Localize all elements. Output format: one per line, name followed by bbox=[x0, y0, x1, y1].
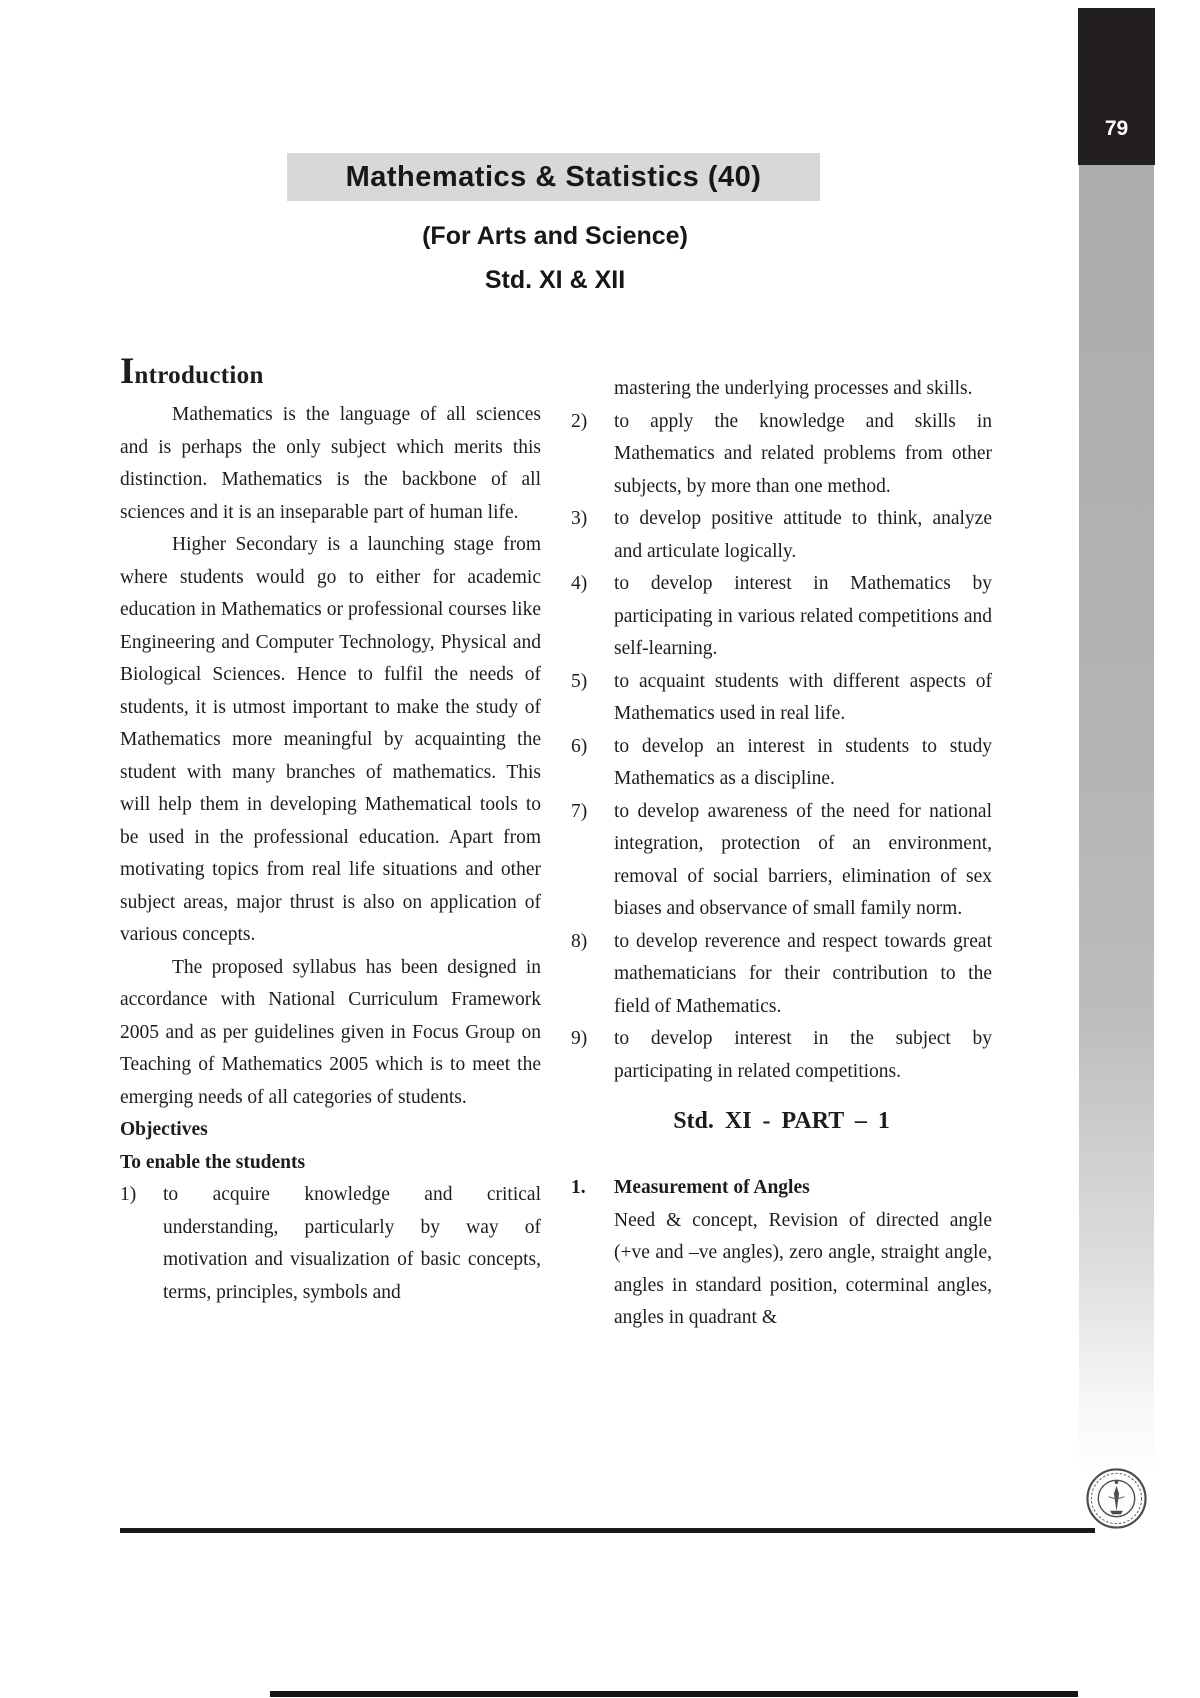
objective-item-9: 9) to develop interest in the subject by… bbox=[571, 1023, 992, 1088]
objective-item-number: 2) bbox=[571, 406, 614, 504]
page-number-tab: 79 bbox=[1078, 8, 1155, 165]
objective-item-text: to develop interest in the subject by pa… bbox=[614, 1023, 992, 1088]
introduction-heading-dropcap: I bbox=[120, 351, 134, 392]
chapter-title: Mathematics & Statistics (40) bbox=[346, 161, 762, 194]
objective-item-number: 6) bbox=[571, 731, 614, 796]
objective-item-text: to develop an interest in students to st… bbox=[614, 731, 992, 796]
objective-item-4: 4) to develop interest in Mathematics by… bbox=[571, 568, 992, 666]
objective-item-text: to apply the knowledge and skills in Mat… bbox=[614, 406, 992, 504]
objective-item-text: to acquaint students with different aspe… bbox=[614, 666, 992, 731]
syllabus-section-1-title-row: 1. Measurement of Angles bbox=[571, 1172, 992, 1205]
objective-item-number: 7) bbox=[571, 796, 614, 926]
chapter-subtitle-stream: (For Arts and Science) bbox=[120, 222, 990, 251]
bottom-scan-shadow bbox=[270, 1691, 1078, 1697]
syllabus-section-title: Measurement of Angles bbox=[614, 1172, 992, 1205]
objective-item-text: to develop positive attitude to think, a… bbox=[614, 503, 992, 568]
syllabus-section-body: Need & concept, Revision of directed ang… bbox=[614, 1205, 992, 1335]
objectives-heading: Objectives bbox=[120, 1114, 541, 1147]
objective-item-7: 7) to develop awareness of the need for … bbox=[571, 796, 992, 926]
objective-item-number: 4) bbox=[571, 568, 614, 666]
objective-item-8: 8) to develop reverence and respect towa… bbox=[571, 926, 992, 1024]
document-page: 79 Mathematics & Statistics (40) (For Ar… bbox=[0, 0, 1200, 1698]
intro-paragraph-1: Mathematics is the language of all scien… bbox=[120, 399, 541, 529]
objective-item-6: 6) to develop an interest in students to… bbox=[571, 731, 992, 796]
objective-item-number: 5) bbox=[571, 666, 614, 731]
introduction-heading: Introduction bbox=[120, 352, 541, 396]
right-column: mastering the underlying processes and s… bbox=[571, 352, 992, 1335]
footer-rule bbox=[120, 1528, 1095, 1533]
objective-item-text: to acquire knowledge and critical unders… bbox=[163, 1179, 541, 1309]
left-column: Introduction Mathematics is the language… bbox=[120, 352, 541, 1335]
introduction-heading-rest: ntroduction bbox=[134, 362, 263, 389]
objective-item-number: 3) bbox=[571, 503, 614, 568]
chapter-subtitle-standard: Std. XI & XII bbox=[120, 266, 990, 295]
objective-item-3: 3) to develop positive attitude to think… bbox=[571, 503, 992, 568]
objective-item-2: 2) to apply the knowledge and skills in … bbox=[571, 406, 992, 504]
part-heading: Std. XI - PART – 1 bbox=[571, 1104, 992, 1138]
page-edge-shadow bbox=[1079, 165, 1154, 1477]
objective-item-number: 9) bbox=[571, 1023, 614, 1088]
content-columns: Introduction Mathematics is the language… bbox=[120, 352, 992, 1335]
objective-item-number: 8) bbox=[571, 926, 614, 1024]
chapter-title-box: Mathematics & Statistics (40) bbox=[287, 153, 820, 201]
page-number: 79 bbox=[1105, 117, 1128, 141]
objectives-subheading: To enable the students bbox=[120, 1147, 541, 1180]
syllabus-section-number: 1. bbox=[571, 1172, 614, 1205]
objective-item-text: to develop reverence and respect towards… bbox=[614, 926, 992, 1024]
intro-paragraph-3: The proposed syllabus has been designed … bbox=[120, 952, 541, 1115]
objective-item-number: 1) bbox=[120, 1179, 163, 1309]
objective-item-1: 1) to acquire knowledge and critical und… bbox=[120, 1179, 541, 1309]
objective-item-5: 5) to acquaint students with different a… bbox=[571, 666, 992, 731]
objective-item-1-continuation: mastering the underlying processes and s… bbox=[614, 373, 992, 406]
objective-item-text: to develop awareness of the need for nat… bbox=[614, 796, 992, 926]
intro-paragraph-2: Higher Secondary is a launching stage fr… bbox=[120, 529, 541, 952]
objective-item-text: to develop interest in Mathematics by pa… bbox=[614, 568, 992, 666]
institution-seal-icon bbox=[1085, 1467, 1148, 1530]
